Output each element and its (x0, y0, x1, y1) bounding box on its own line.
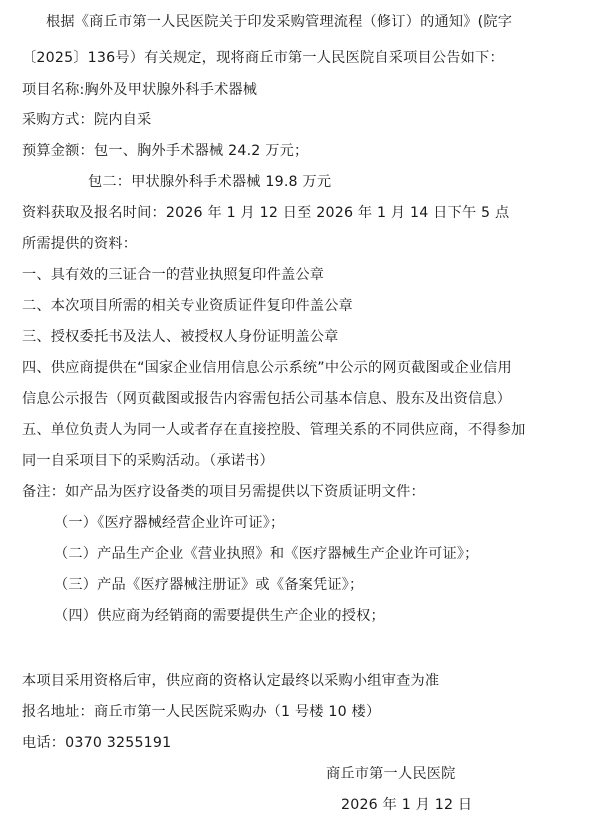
remark-item: （二）产品生产企业《营业执照》和《医疗器械生产企业许可证》； (54, 544, 479, 564)
required-material-item: 四、供应商提供在“国家企业信用信息公示系统”中公示的网页截图或企业信用 (22, 358, 512, 378)
phone-number: 电话：0370 3255191 (22, 733, 171, 753)
remark-item: （三）产品《医疗器械注册证》或《备案凭证》； (54, 575, 363, 595)
required-material-item: 三、授权委托书及法人、被授权人身份证明盖公章 (22, 327, 339, 347)
budget-package-2: 包二：甲状腺外科手术器械 19.8 万元 (88, 172, 331, 192)
intro-line-2: 〔2025〕136号）有关规定，现将商丘市第一人民医院自采项目公告如下： (22, 48, 504, 68)
intro-line-1: 根据《商丘市第一人民医院关于印发采购管理流程（修订）的通知》(院字 (46, 12, 512, 32)
remarks-heading: 备注：如产品为医疗设备类的项目另需提供以下资质证明文件： (22, 482, 425, 502)
signature-date: 2026 年 1 月 12 日 (341, 795, 472, 815)
registration-time: 资料获取及报名时间：2026 年 1 月 12 日至 2026 年 1 月 14… (22, 203, 509, 223)
required-material-item: 二、本次项目所需的相关专业资质证件复印件盖公章 (22, 296, 353, 316)
required-materials-heading: 所需提供的资料： (22, 234, 137, 254)
project-name: 项目名称:胸外及甲状腺外科手术器械 (22, 80, 257, 100)
qualification-review: 本项目采用资格后审，供应商的资格认定最终以采购小组审查为准 (22, 671, 439, 691)
remark-item: （一）《医疗器械经营企业许可证》； (54, 513, 284, 533)
required-material-item: 一、具有效的三证合一的营业执照复印件盖公章 (22, 265, 324, 285)
required-material-item: 五、单位负责人为同一人或者存在直接控股、管理关系的不同供应商，不得参加 (22, 420, 526, 440)
budget-package-1: 预算金额：包一、胸外手术器械 24.2 万元； (22, 141, 308, 161)
announcement-document: 根据《商丘市第一人民医院关于印发采购管理流程（修订）的通知》(院字 〔2025〕… (0, 0, 608, 820)
procurement-method: 采购方式：院内自采 (22, 110, 152, 130)
signature-organization: 商丘市第一人民医院 (326, 764, 456, 784)
registration-address: 报名地址：商丘市第一人民医院采购办（1 号楼 10 楼） (22, 702, 380, 722)
required-material-item-continued: 信息公示报告（网页截图或报告内容需包括公司基本信息、股东及出资信息） (22, 389, 511, 409)
required-material-item-continued: 同一自采项目下的采购活动。（承诺书） (22, 451, 274, 471)
remark-item: （四）供应商为经销商的需要提供生产企业的授权； (54, 606, 385, 626)
